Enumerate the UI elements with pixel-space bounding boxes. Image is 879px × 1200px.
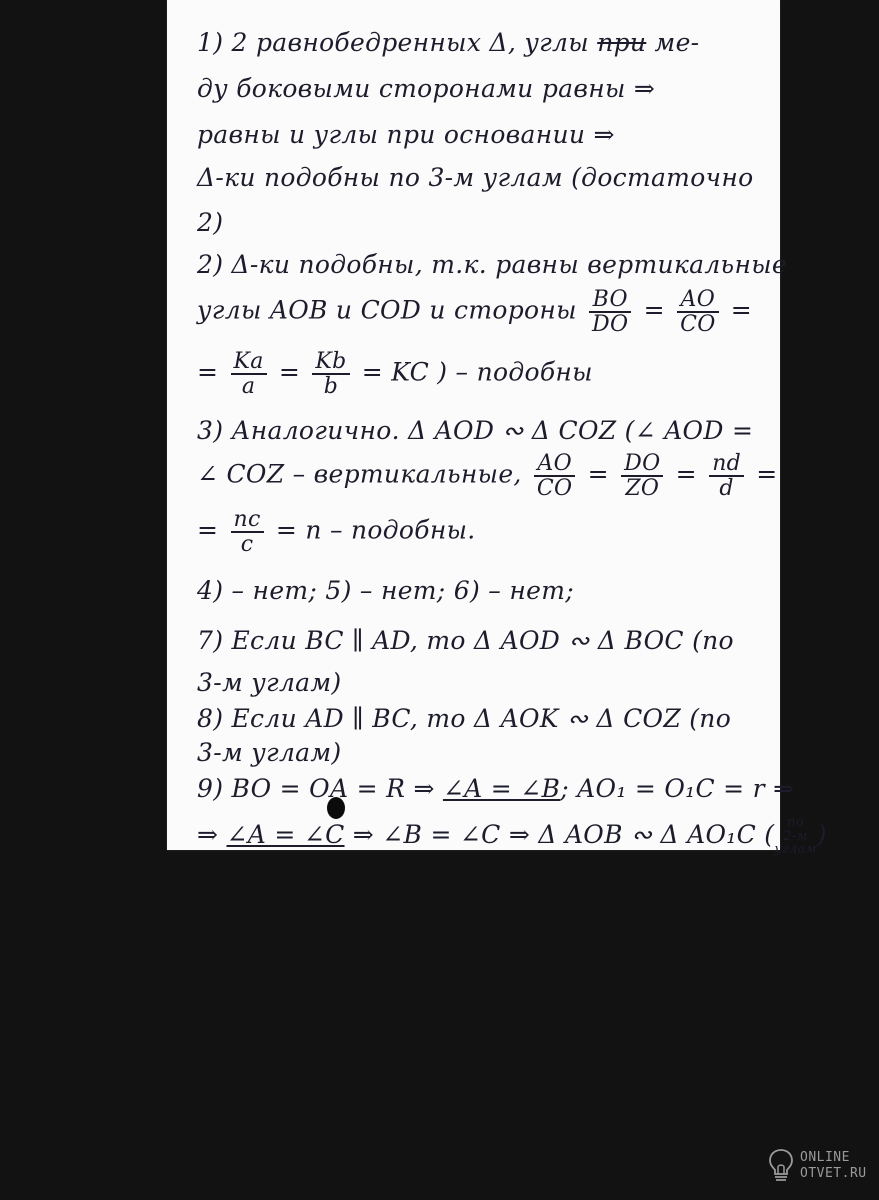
lightbulb-icon bbox=[768, 1148, 794, 1184]
solution-2-line-3: = Kaa = Kbb = KC ) – подобны bbox=[197, 350, 766, 398]
watermark-line-1: ONLINE bbox=[800, 1150, 867, 1166]
watermark-line-2: OTVET.RU bbox=[800, 1166, 867, 1182]
solution-3-text: ∠ COZ – вертикальные, bbox=[197, 460, 522, 489]
solution-1-line-1: 1) 2 равнобедренных Δ, углы при ме- bbox=[197, 30, 766, 55]
solutions-4-6: 4) – нет; 5) – нет; 6) – нет; bbox=[197, 578, 766, 603]
line-tail: ме- bbox=[655, 28, 700, 57]
solution-9-line-2: ⇒ ∠A = ∠C ⇒ ∠B = ∠C ⇒ Δ AOB ∾ Δ AO₁C (по… bbox=[197, 816, 766, 857]
solution-3-conclusion: = n – подобны. bbox=[276, 516, 476, 545]
underlined-angles-ac: ∠A = ∠C bbox=[227, 820, 345, 849]
solution-1-line-2: ду боковыми сторонами равны ⇒ bbox=[197, 76, 766, 101]
side-note: по2-муглам bbox=[774, 816, 816, 857]
solution-3-line-1: 3) Аналогично. Δ AOD ∾ Δ COZ (∠ AOD = bbox=[197, 418, 766, 443]
fraction-ao-co-2: AOCO bbox=[534, 452, 575, 500]
fraction-nc-c: ncc bbox=[231, 508, 264, 556]
fraction-ao-co: AOCO bbox=[677, 288, 718, 336]
solution-2-line-1: 2) Δ-ки подобны, т.к. равны вертикальные bbox=[197, 252, 766, 277]
solution-7-line-2: 3-м углам) bbox=[197, 670, 766, 695]
fraction-do-zo: DOZO bbox=[621, 452, 663, 500]
solution-8-line-1: 8) Если AD ∥ BC, то Δ AOK ∾ Δ COZ (по bbox=[197, 706, 766, 731]
underlined-angles-ab: ∠A = ∠B bbox=[443, 774, 560, 803]
solution-2-text: углы AOB и COD и стороны bbox=[197, 296, 577, 325]
solution-1-line-5: 2) bbox=[197, 210, 766, 235]
solution-3-line-3: = ncc = n – подобны. bbox=[197, 508, 766, 556]
solution-9-line-1: 9) BO = OA = R ⇒ ∠A = ∠B; AO₁ = O₁C = r … bbox=[197, 776, 766, 801]
fraction-bo-do: BODO bbox=[589, 288, 631, 336]
solution-1-line-3: равны и углы при основании ⇒ bbox=[197, 122, 766, 147]
solution-2-line-2: углы AOB и COD и стороны BODO = AOCO = bbox=[197, 288, 766, 336]
punch-hole bbox=[327, 797, 345, 819]
solution-7-line-1: 7) Если BC ∥ AD, то Δ AOD ∾ Δ BOC (по bbox=[197, 628, 766, 653]
watermark: ONLINE OTVET.RU bbox=[768, 1148, 867, 1184]
solution-8-line-2: 3-м углам) bbox=[197, 740, 766, 765]
handwritten-page: 1) 2 равнобедренных Δ, углы при ме- ду б… bbox=[167, 0, 780, 850]
fraction-kb-b: Kbb bbox=[312, 350, 349, 398]
watermark-text: ONLINE OTVET.RU bbox=[800, 1150, 867, 1182]
fraction-ka-a: Kaa bbox=[231, 350, 267, 398]
solution-1-line-4: Δ-ки подобны по 3-м углам (достаточно bbox=[197, 165, 766, 190]
struck-word: при bbox=[597, 28, 646, 57]
fraction-nd-d: ndd bbox=[709, 452, 744, 500]
solution-3-line-2: ∠ COZ – вертикальные, AOCO = DOZO = ndd … bbox=[197, 452, 766, 500]
solution-2-conclusion: = KC ) – подобны bbox=[362, 358, 593, 387]
